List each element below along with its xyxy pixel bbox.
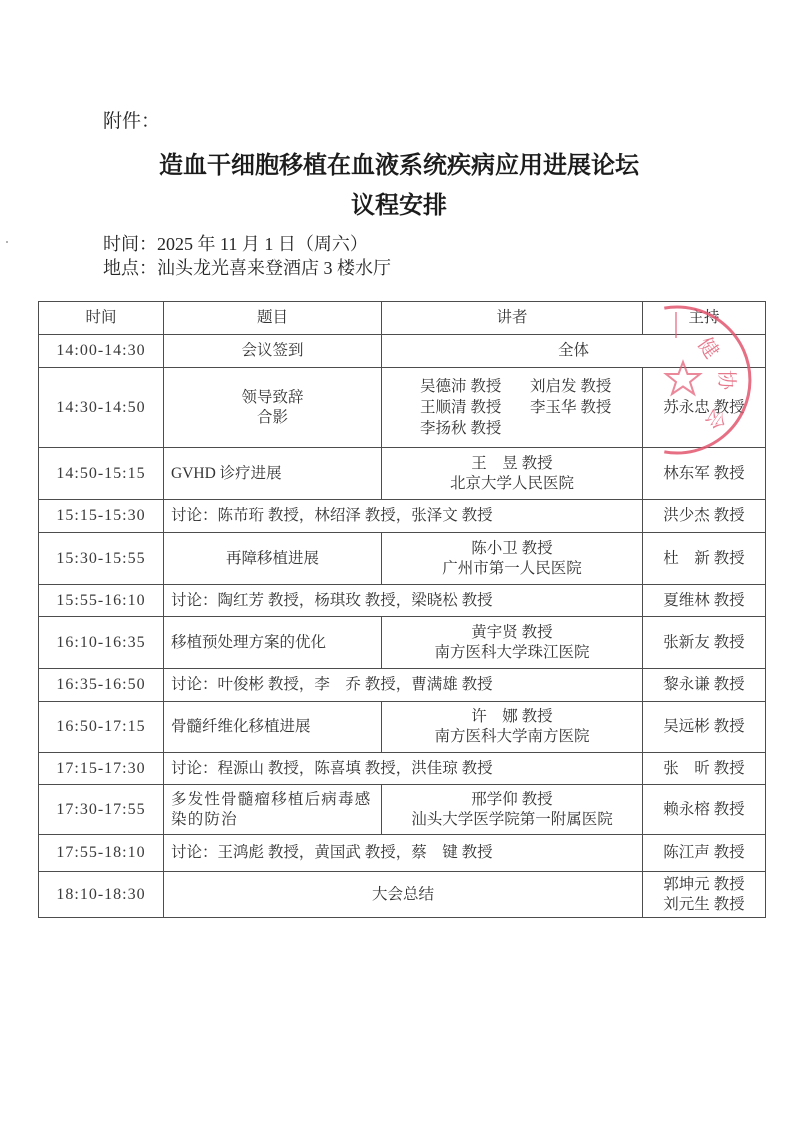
session-time: 17:15-17:30 [39, 753, 164, 785]
session-speaker: 邢学仰 教授 汕头大学医学院第一附属医院 [382, 785, 643, 835]
table-row: 17:30-17:55 多发性骨髓瘤移植后病毒感 染的防治 邢学仰 教授 汕头大… [39, 785, 766, 835]
discussion-panel: 讨论：陈芇珩 教授，林绍泽 教授，张泽文 教授 [164, 500, 643, 533]
table-row: 14:30-14:50 领导致辞 合影 吴德沛 教授 刘启发 教授 王顺清 教授… [39, 368, 766, 448]
speaker-affiliation: 南方医科大学南方医院 [382, 727, 642, 747]
session-time: 16:35-16:50 [39, 669, 164, 702]
session-time: 18:10-18:30 [39, 872, 164, 918]
header-time: 时间 [39, 302, 164, 335]
table-row: 15:30-15:55 再障移植进展 陈小卫 教授 广州市第一人民医院 杜 新 … [39, 533, 766, 585]
session-topic: 多发性骨髓瘤移植后病毒感 染的防治 [164, 785, 382, 835]
session-speaker: 黄宇贤 教授 南方医科大学珠江医院 [382, 617, 643, 669]
speaker-affiliation: 汕头大学医学院第一附属医院 [382, 810, 642, 830]
session-host: 林东军 教授 [643, 448, 766, 500]
speaker-name: 王 昱 教授 [382, 454, 642, 474]
table-row: 14:50-15:15 GVHD 诊疗进展 王 昱 教授 北京大学人民医院 林东… [39, 448, 766, 500]
table-header-row: 时间 题目 讲者 主持 [39, 302, 766, 335]
session-host: 陈江声 教授 [643, 835, 766, 872]
session-time: 15:15-15:30 [39, 500, 164, 533]
discussion-panel: 讨论：陶红芳 教授，杨琪玫 教授，梁晓松 教授 [164, 585, 643, 617]
session-host: 吴远彬 教授 [643, 702, 766, 753]
session-host: 杜 新 教授 [643, 533, 766, 585]
speaker-affiliation: 北京大学人民医院 [382, 474, 642, 494]
speaker-name: 陈小卫 教授 [382, 539, 642, 559]
discussion-panel: 讨论：叶俊彬 教授，李 乔 教授，曹满雄 教授 [164, 669, 643, 702]
table-row: 16:35-16:50 讨论：叶俊彬 教授，李 乔 教授，曹满雄 教授 黎永谦 … [39, 669, 766, 702]
session-host: 张新友 教授 [643, 617, 766, 669]
session-host: 洪少杰 教授 [643, 500, 766, 533]
host-name: 刘元生 教授 [643, 895, 765, 915]
session-topic: 再障移植进展 [164, 533, 382, 585]
speaker-affiliation: 广州市第一人民医院 [382, 559, 642, 579]
session-time: 15:55-16:10 [39, 585, 164, 617]
attachment-label: 附件： [103, 106, 160, 133]
header-topic: 题目 [164, 302, 382, 335]
session-topic: GVHD 诊疗进展 [164, 448, 382, 500]
topic-line: 合影 [164, 408, 381, 428]
session-host: 张 昕 教授 [643, 753, 766, 785]
document-subtitle: 议程安排 [0, 185, 793, 220]
table-row: 15:15-15:30 讨论：陈芇珩 教授，林绍泽 教授，张泽文 教授 洪少杰 … [39, 500, 766, 533]
table-row: 14:00-14:30 会议签到 全体 [39, 335, 766, 368]
session-speaker: 陈小卫 教授 广州市第一人民医院 [382, 533, 643, 585]
session-topic: 大会总结 [164, 872, 643, 918]
topic-line: 染的防治 [171, 810, 381, 830]
table-row: 16:10-16:35 移植预处理方案的优化 黄宇贤 教授 南方医科大学珠江医院… [39, 617, 766, 669]
speaker-affiliation: 南方医科大学珠江医院 [382, 643, 642, 663]
session-time: 14:50-15:15 [39, 448, 164, 500]
session-time: 16:10-16:35 [39, 617, 164, 669]
session-time: 16:50-17:15 [39, 702, 164, 753]
session-topic: 骨髓纤维化移植进展 [164, 702, 382, 753]
session-topic: 移植预处理方案的优化 [164, 617, 382, 669]
session-host: 夏维林 教授 [643, 585, 766, 617]
session-topic: 会议签到 [164, 335, 382, 368]
topic-line: 领导致辞 [164, 388, 381, 408]
session-time: 17:55-18:10 [39, 835, 164, 872]
session-topic: 领导致辞 合影 [164, 368, 382, 448]
discussion-panel: 讨论：王鸿彪 教授，黄国武 教授，蔡 键 教授 [164, 835, 643, 872]
discussion-panel: 讨论：程源山 教授，陈喜填 教授，洪佳琼 教授 [164, 753, 643, 785]
speaker-name: 邢学仰 教授 [382, 790, 642, 810]
session-speakers: 吴德沛 教授 刘启发 教授 王顺清 教授 李玉华 教授 李扬秋 教授 [382, 368, 643, 448]
topic-line: 多发性骨髓瘤移植后病毒感 [171, 790, 381, 810]
table-row: 15:55-16:10 讨论：陶红芳 教授，杨琪玫 教授，梁晓松 教授 夏维林 … [39, 585, 766, 617]
event-time: 时间：2025 年 11 月 1 日（周六） [103, 230, 368, 256]
session-speaker: 全体 [382, 335, 766, 368]
session-host: 赖永榕 教授 [643, 785, 766, 835]
document-title: 造血干细胞移植在血液系统疾病应用进展论坛 [0, 145, 793, 180]
session-time: 14:00-14:30 [39, 335, 164, 368]
session-time: 17:30-17:55 [39, 785, 164, 835]
table-row: 16:50-17:15 骨髓纤维化移植进展 许 娜 教授 南方医科大学南方医院 … [39, 702, 766, 753]
session-time: 14:30-14:50 [39, 368, 164, 448]
speaker-name: 吴德沛 教授 [420, 377, 530, 397]
speaker-name: 许 娜 教授 [382, 707, 642, 727]
event-location: 地点：汕头龙光喜来登酒店 3 楼水厅 [103, 254, 391, 280]
session-time: 15:30-15:55 [39, 533, 164, 585]
speaker-name: 刘启发 教授 [530, 377, 640, 397]
table-row: 18:10-18:30 大会总结 郭坤元 教授 刘元生 教授 [39, 872, 766, 918]
header-speaker: 讲者 [382, 302, 643, 335]
session-speaker: 许 娜 教授 南方医科大学南方医院 [382, 702, 643, 753]
session-speaker: 王 昱 教授 北京大学人民医院 [382, 448, 643, 500]
session-host: 苏永忠 教授 [643, 368, 766, 448]
table-row: 17:15-17:30 讨论：程源山 教授，陈喜填 教授，洪佳琼 教授 张 昕 … [39, 753, 766, 785]
session-host: 黎永谦 教授 [643, 669, 766, 702]
header-host: 主持 [643, 302, 766, 335]
table-row: 17:55-18:10 讨论：王鸿彪 教授，黄国武 教授，蔡 键 教授 陈江声 … [39, 835, 766, 872]
host-name: 郭坤元 教授 [643, 875, 765, 895]
speaker-name: 李扬秋 教授 [420, 419, 530, 439]
agenda-table: 时间 题目 讲者 主持 14:00-14:30 会议签到 全体 14:30-14… [38, 301, 766, 918]
speaker-name: 黄宇贤 教授 [382, 623, 642, 643]
scan-speck [6, 241, 8, 243]
speaker-name: 王顺清 教授 [420, 398, 530, 418]
speaker-name: 李玉华 教授 [530, 398, 640, 418]
session-hosts: 郭坤元 教授 刘元生 教授 [643, 872, 766, 918]
